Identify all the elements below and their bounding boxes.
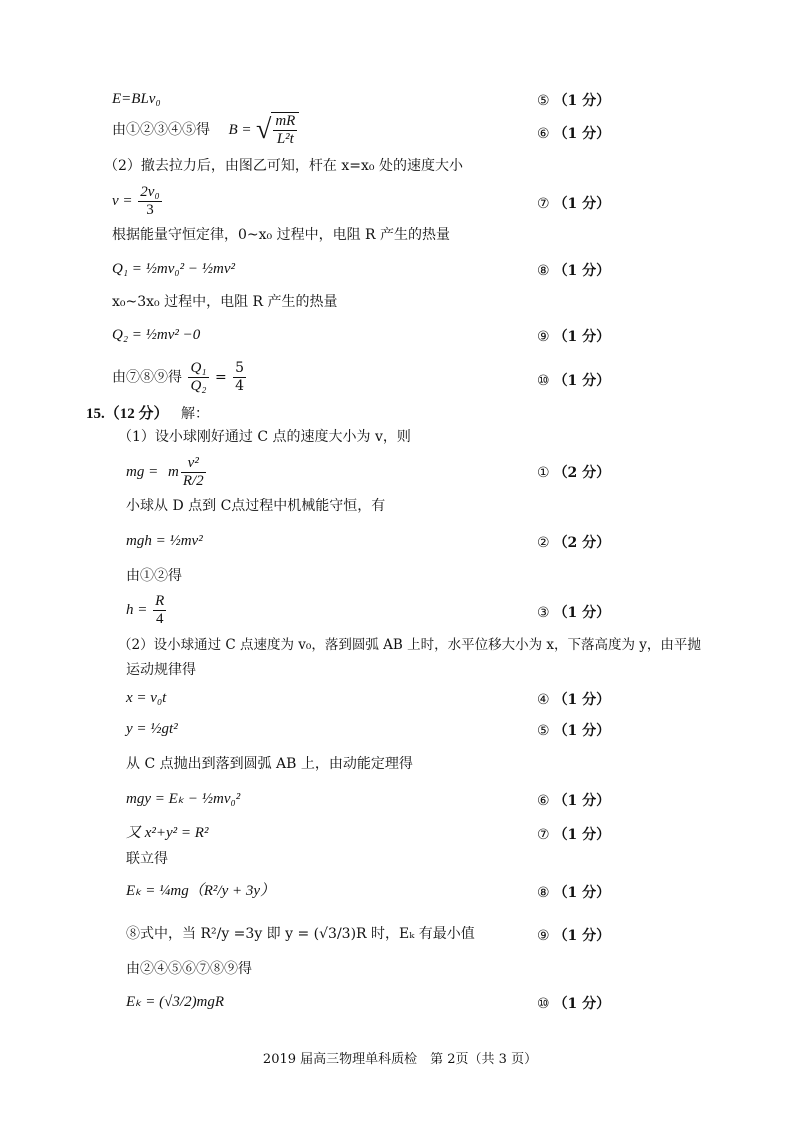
page-footer: 2019 届高三物理单科质检 第 2页（共 3 页） bbox=[0, 1048, 800, 1067]
energy-conservation-text: 根据能量守恒定律，0~x₀ 过程中，电阻 R 产生的热量 bbox=[112, 226, 450, 244]
score-2: ②（2 分） bbox=[537, 532, 610, 552]
derive-12-text: 由①②得 bbox=[126, 567, 182, 585]
score-8: ⑧（1 分） bbox=[537, 882, 610, 902]
equation-emf: E=BLv₀ bbox=[112, 90, 161, 108]
q15-part2-intro: （2）设小球通过 C 点速度为 v₀，落到圆弧 AB 上时，水平位移大小为 x，… bbox=[118, 636, 701, 654]
equation-3: h = R4 bbox=[126, 593, 168, 628]
equation-2: mgh = ½mv² bbox=[126, 532, 203, 550]
score-9: ⑨（1 分） bbox=[537, 925, 610, 945]
equation-9: ⑧式中，当 R²/y =3y 即 y = (√3/3)R 时，Eₖ 有最小值 bbox=[126, 925, 475, 943]
score-7: ⑦（1 分） bbox=[537, 824, 610, 844]
q15-part2-intro-cont: 运动规律得 bbox=[126, 661, 196, 679]
equation-q1: Q₁ = ½mv₀² − ½mv² bbox=[112, 260, 235, 278]
equation-ratio: 由⑦⑧⑨得 Q₁Q₂ = 54 bbox=[112, 360, 248, 395]
equation-5: y = ½gt² bbox=[126, 720, 178, 738]
score-10a: ⑩（1 分） bbox=[537, 370, 610, 390]
range-text: x₀~3x₀ 过程中，电阻 R 产生的热量 bbox=[112, 293, 338, 311]
score-8a: ⑧（1 分） bbox=[537, 260, 610, 280]
equation-b: 由①②③④⑤得 B = √mRL²t bbox=[112, 112, 299, 148]
equation-4: x = v₀t bbox=[126, 689, 166, 707]
q15-part1-intro: （1）设小球刚好通过 C 点的速度大小为 v，则 bbox=[118, 428, 411, 446]
score-3: ③（1 分） bbox=[537, 602, 610, 622]
part2-intro: （2）撤去拉力后，由图乙可知，杆在 x=x₀ 处的速度大小 bbox=[104, 157, 463, 175]
score-10: ⑩（1 分） bbox=[537, 993, 610, 1013]
score-6: ⑥（1 分） bbox=[537, 790, 610, 810]
equation-10: Eₖ = (√3/2)mgR bbox=[126, 993, 224, 1011]
equation-6: mgy = Eₖ − ½mv₀² bbox=[126, 790, 240, 808]
equation-1: mg = mv²R/2 bbox=[126, 455, 208, 490]
score-9a: ⑨（1 分） bbox=[537, 326, 610, 346]
derive-all-text: 由②④⑤⑥⑦⑧⑨得 bbox=[126, 960, 252, 978]
score-7a: ⑦（1 分） bbox=[537, 193, 610, 213]
score-1: ①（2 分） bbox=[537, 462, 610, 482]
sqrt-symbol: √mRL²t bbox=[256, 112, 299, 148]
score-4: ④（1 分） bbox=[537, 689, 610, 709]
equation-v: v = 2v₀3 bbox=[112, 184, 164, 219]
combine-text: 联立得 bbox=[126, 850, 168, 868]
score-5a: ⑤（1 分） bbox=[537, 90, 610, 110]
score-6a: ⑥（1 分） bbox=[537, 123, 610, 143]
equation-q2: Q₂ = ½mv² −0 bbox=[112, 326, 200, 344]
equation-7: 又 x²+y² = R² bbox=[126, 824, 208, 842]
equation-8: Eₖ = ¼mg（R²/y + 3y） bbox=[126, 882, 275, 900]
question-15-header: 15.（12 分） 解： bbox=[86, 405, 209, 423]
mechanical-energy-text: 小球从 D 点到 C点过程中机械能守恒，有 bbox=[126, 497, 385, 515]
kinetic-energy-text: 从 C 点抛出到落到圆弧 AB 上，由动能定理得 bbox=[126, 755, 413, 773]
score-5: ⑤（1 分） bbox=[537, 720, 610, 740]
